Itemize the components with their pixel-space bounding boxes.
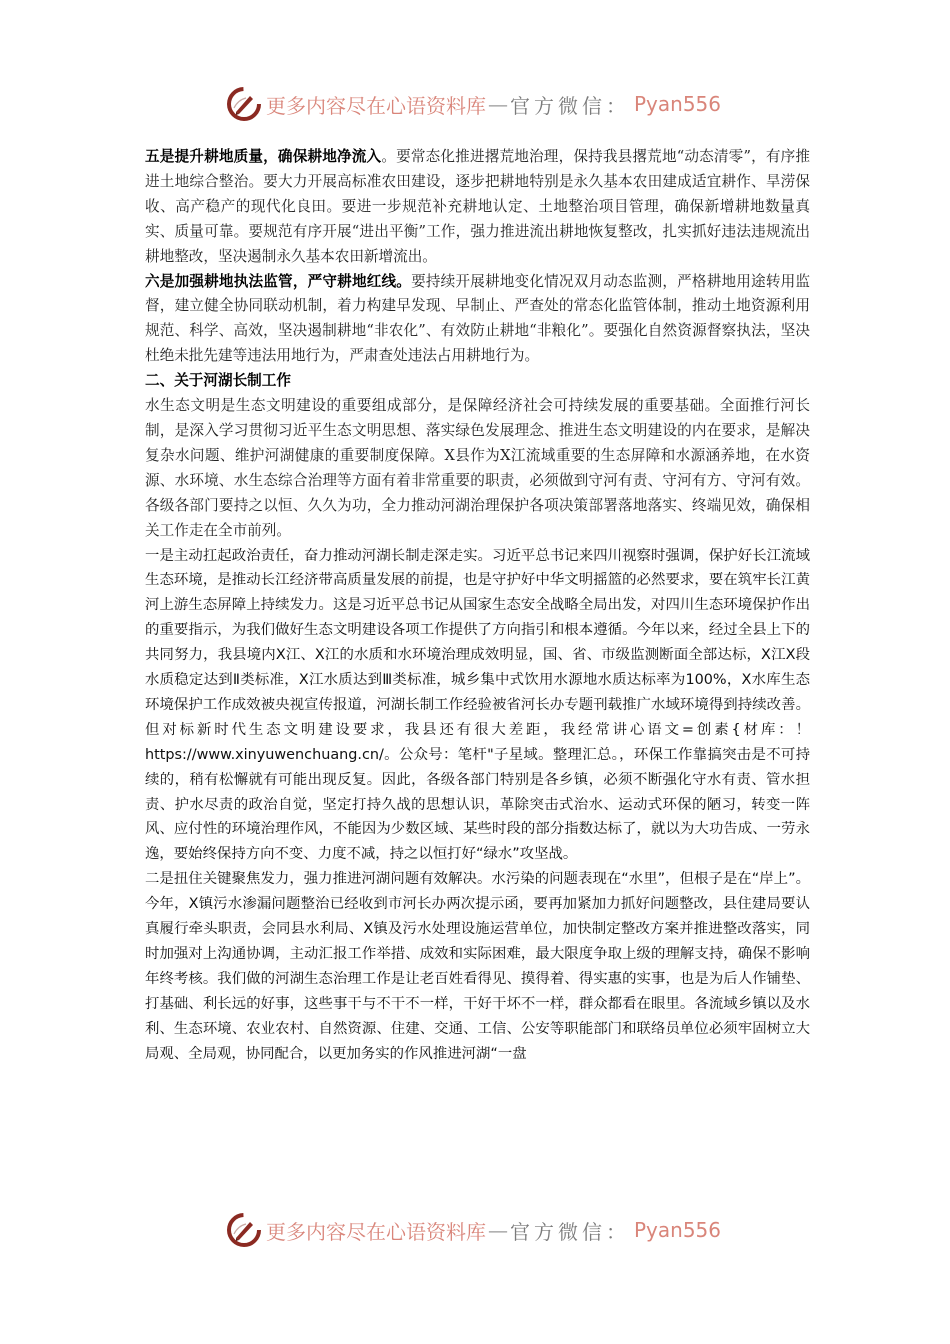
paragraph-body: 。要常态化推进撂荒地治理，保持我县撂荒地“动态清零”，有序推进土地综合整治。要大… (145, 148, 810, 265)
banner-main-text: 更多内容尽在心语资料库 (266, 1216, 486, 1245)
banner-dash: — (488, 92, 508, 116)
document-body: 五是提升耕地质量，确保耕地净流入。要常态化推进撂荒地治理，保持我县撂荒地“动态清… (145, 145, 810, 1067)
paragraph-point-2: 二是扭住关键聚焦发力，强力推进河湖问题有效解决。水污染的问题表现在“水里”，但根… (145, 867, 810, 1066)
section-heading: 二、关于河湖长制工作 (145, 369, 810, 394)
banner-wechat-id: Pyan556 (634, 92, 721, 116)
paragraph-point-6: 六是加强耕地执法监管，严守耕地红线。要持续开展耕地变化情况双月动态监测，严格耕地… (145, 270, 810, 370)
quill-pen-logo-icon (226, 86, 262, 122)
banner-official-text: 官方微信： (510, 90, 630, 119)
banner-wechat-id: Pyan556 (634, 1218, 721, 1242)
quill-pen-logo-icon (226, 1212, 262, 1248)
banner-official-text: 官方微信： (510, 1216, 630, 1245)
paragraph-point-5: 五是提升耕地质量，确保耕地净流入。要常态化推进撂荒地治理，保持我县撂荒地“动态清… (145, 145, 810, 270)
paragraph-lead: 五是提升耕地质量，确保耕地净流入 (145, 148, 381, 165)
banner-main-text: 更多内容尽在心语资料库 (266, 90, 486, 119)
paragraph-lead: 六是加强耕地执法监管，严守耕地红线。 (145, 273, 411, 290)
paragraph-point-1: 一是主动扛起政治责任，奋力推动河湖长制走深走实。习近平总书记来四川视察时强调，保… (145, 544, 810, 868)
header-banner: 更多内容尽在心语资料库 — 官方微信： Pyan556 (226, 84, 726, 124)
footer-banner: 更多内容尽在心语资料库 — 官方微信： Pyan556 (226, 1210, 726, 1250)
banner-dash: — (488, 1218, 508, 1242)
section-intro: 水生态文明是生态文明建设的重要组成部分，是保障经济社会可持续发展的重要基础。全面… (145, 394, 810, 543)
